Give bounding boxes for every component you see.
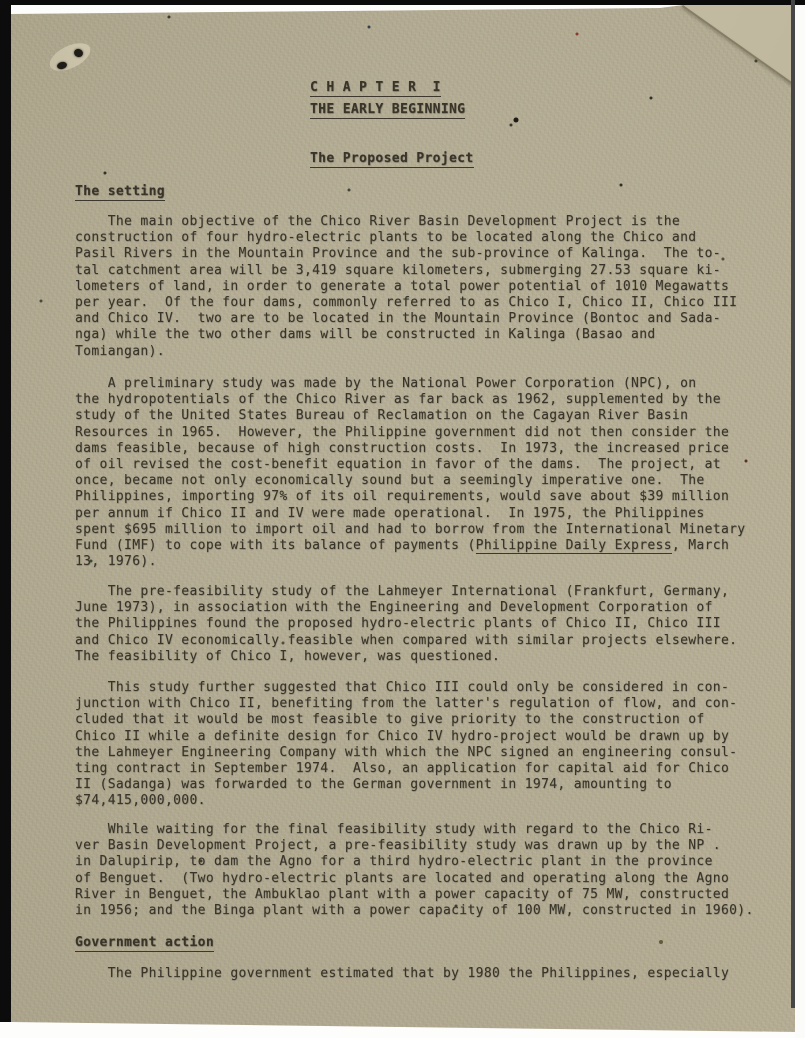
text-line: lometers of land, in order to generate a… [75,279,737,295]
text-line: River in Benguet, the Ambuklao plant wit… [75,887,754,903]
text-line: The main objective of the Chico River Ba… [75,214,737,230]
text-line: the hydropotentials of the Chico River a… [75,392,746,408]
text-line: ting contract in September 1974. Also, a… [75,761,737,777]
text-line: in 1956; and the Binga plant with a powe… [75,903,754,919]
text-line: June 1973), in association with the Engi… [75,600,737,616]
text-line: per year. Of the four dams, commonly ref… [75,295,737,311]
text-line: Philippines, importing 97% of its oil re… [75,489,746,505]
scan-border-top [0,0,805,5]
text-line: $74,415,000,000. [75,793,737,809]
text-line: tal catchment area will be 3,419 square … [75,263,737,279]
text-line: construction of four hydro-electric plan… [75,230,737,246]
text-line: dams feasible, because of high construct… [75,441,746,457]
text-line: The feasibility of Chico I, however, was… [75,649,737,665]
text-line: the Lahmeyer Engineering Company with wh… [75,745,737,761]
text-line: the Philippines found the proposed hydro… [75,616,737,632]
text-line: This study further suggested that Chico … [75,680,737,696]
chapter-title: THE EARLY BEGINNING [310,102,465,119]
text-line: The pre-feasibility study of the Lahmeye… [75,584,737,600]
text-line: of oil revised the cost-benefit equation… [75,457,746,473]
subheading-government-action: Government action [75,935,214,952]
text-line: and Chico IV economically feasible when … [75,633,737,649]
text-line: A preliminary study was made by the Nati… [75,376,746,392]
paragraph: The Philippine government estimated that… [75,966,729,982]
text-line: and Chico IV. two are to be located in t… [75,311,737,327]
text-line: 13, 1976). [75,554,746,570]
text-line: in Dalupirip, to dam the Agno for a thir… [75,854,754,870]
text-line: of Benguet. (Two hydro-electric plants a… [75,871,754,887]
text-line: junction with Chico II, benefiting from … [75,696,737,712]
chapter-heading: C H A P T E R I [310,80,441,97]
text-line: Tomiangan). [75,344,737,360]
subheading-the-setting: The setting [75,184,165,201]
text-line: II (Sadanga) was forwarded to the German… [75,777,737,793]
text-line: Pasil Rivers in the Mountain Province an… [75,246,737,262]
text-line: The Philippine government estimated that… [75,966,729,982]
paragraph: This study further suggested that Chico … [75,680,737,810]
paragraph: The main objective of the Chico River Ba… [75,214,737,360]
text-line: Chico II while a definite design for Chi… [75,729,737,745]
text-line: spent $695 million to import oil and had… [75,522,746,538]
paragraph: While waiting for the final feasibility … [75,822,754,919]
scan-border-left [0,0,11,1022]
text-line: Resources in 1965. However, the Philippi… [75,425,746,441]
text-line: per annum if Chico II and IV were made o… [75,506,746,522]
section-heading: The Proposed Project [310,151,474,168]
scanned-document: C H A P T E R I THE EARLY BEGINNING The … [0,0,805,1038]
paragraph: A preliminary study was made by the Nati… [75,376,746,570]
paragraph: The pre-feasibility study of the Lahmeye… [75,584,737,665]
text-line: nga) while the two other dams will be co… [75,327,737,343]
text-line: once, became not only economically sound… [75,473,746,489]
scan-margin-right [795,5,805,1038]
text-line: While waiting for the final feasibility … [75,822,754,838]
text-line: study of the United States Bureau of Rec… [75,408,746,424]
text-line: Fund (IMF) to cope with its balance of p… [75,538,746,554]
text-line: ver Basin Development Project, a pre-fea… [75,838,754,854]
text-line: cluded that it would be most feasible to… [75,712,737,728]
